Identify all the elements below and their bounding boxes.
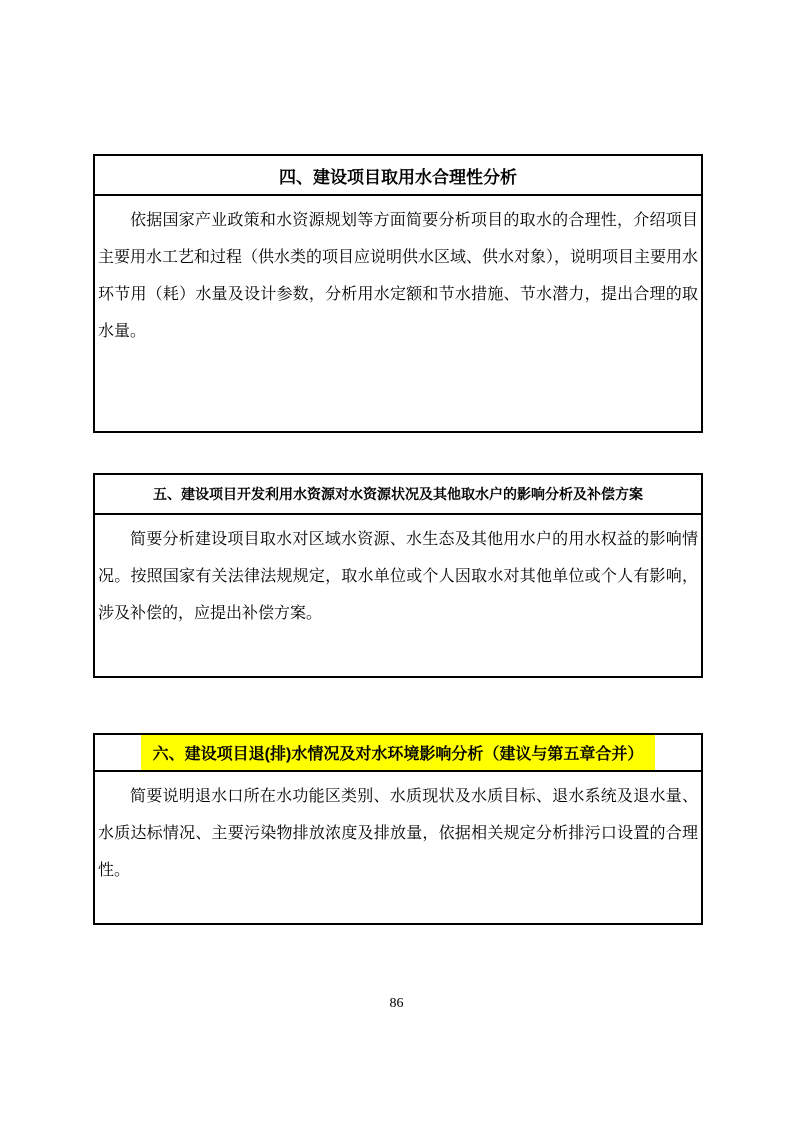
section-4-paragraph: 依据国家产业政策和水资源规划等方面简要分析项目的取水的合理性，介绍项目主要用水工… [98, 202, 698, 350]
document-page: 四、建设项目取用水合理性分析 依据国家产业政策和水资源规划等方面简要分析项目的取… [0, 0, 793, 1122]
section-5-title-row: 五、建设项目开发利用水资源对水资源状况及其他取水户的影响分析及补偿方案 [95, 475, 701, 515]
section-4-title-row: 四、建设项目取用水合理性分析 [95, 156, 701, 196]
section-5-title: 五、建设项目开发利用水资源对水资源状况及其他取水户的影响分析及补偿方案 [149, 475, 647, 513]
section-4-body: 依据国家产业政策和水资源规划等方面简要分析项目的取水的合理性，介绍项目主要用水工… [95, 196, 701, 350]
section-6-paragraph: 简要说明退水口所在水功能区类别、水质现状及水质目标、退水系统及退水量、水质达标情… [98, 778, 698, 889]
section-5-paragraph: 简要分析建设项目取水对区域水资源、水生态及其他用水户的用水权益的影响情况。按照国… [98, 521, 698, 632]
section-5-body: 简要分析建设项目取水对区域水资源、水生态及其他用水户的用水权益的影响情况。按照国… [95, 515, 701, 632]
section-box-4: 四、建设项目取用水合理性分析 依据国家产业政策和水资源规划等方面简要分析项目的取… [93, 154, 703, 433]
section-4-title: 四、建设项目取用水合理性分析 [275, 156, 521, 194]
section-6-title-row: 六、建设项目退(排)水情况及对水环境影响分析（建议与第五章合并） [95, 735, 701, 772]
page-number: 86 [0, 996, 793, 1012]
section-6-title-highlighted: 六、建设项目退(排)水情况及对水环境影响分析（建议与第五章合并） [141, 735, 656, 770]
section-6-body: 简要说明退水口所在水功能区类别、水质现状及水质目标、退水系统及退水量、水质达标情… [95, 772, 701, 889]
section-box-6: 六、建设项目退(排)水情况及对水环境影响分析（建议与第五章合并） 简要说明退水口… [93, 733, 703, 925]
section-box-5: 五、建设项目开发利用水资源对水资源状况及其他取水户的影响分析及补偿方案 简要分析… [93, 473, 703, 678]
